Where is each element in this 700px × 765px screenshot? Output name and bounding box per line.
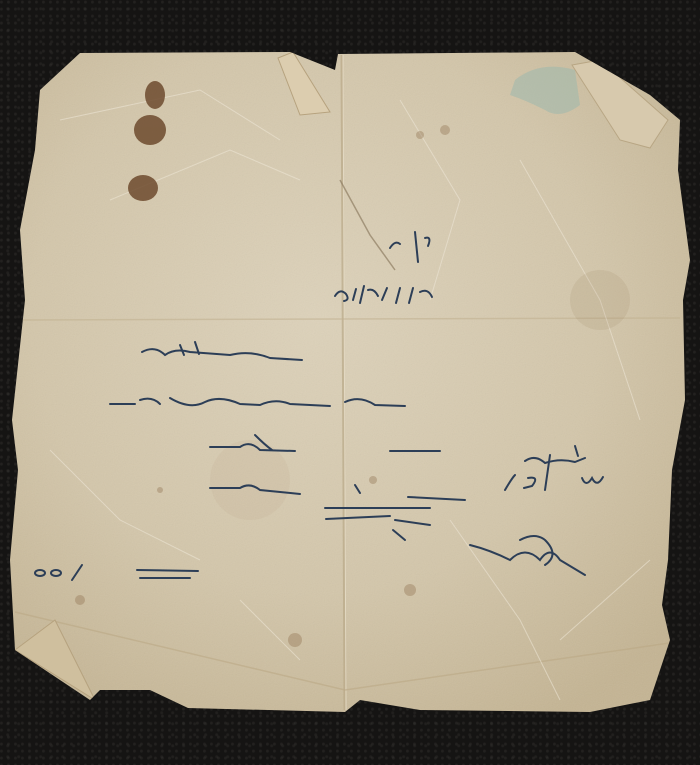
paper-sheet [0,0,700,765]
photo-stage: ٦/ ١٣٢١ /٧ /١٩ سعد علي افندي چيغه كيده ص… [0,0,700,765]
